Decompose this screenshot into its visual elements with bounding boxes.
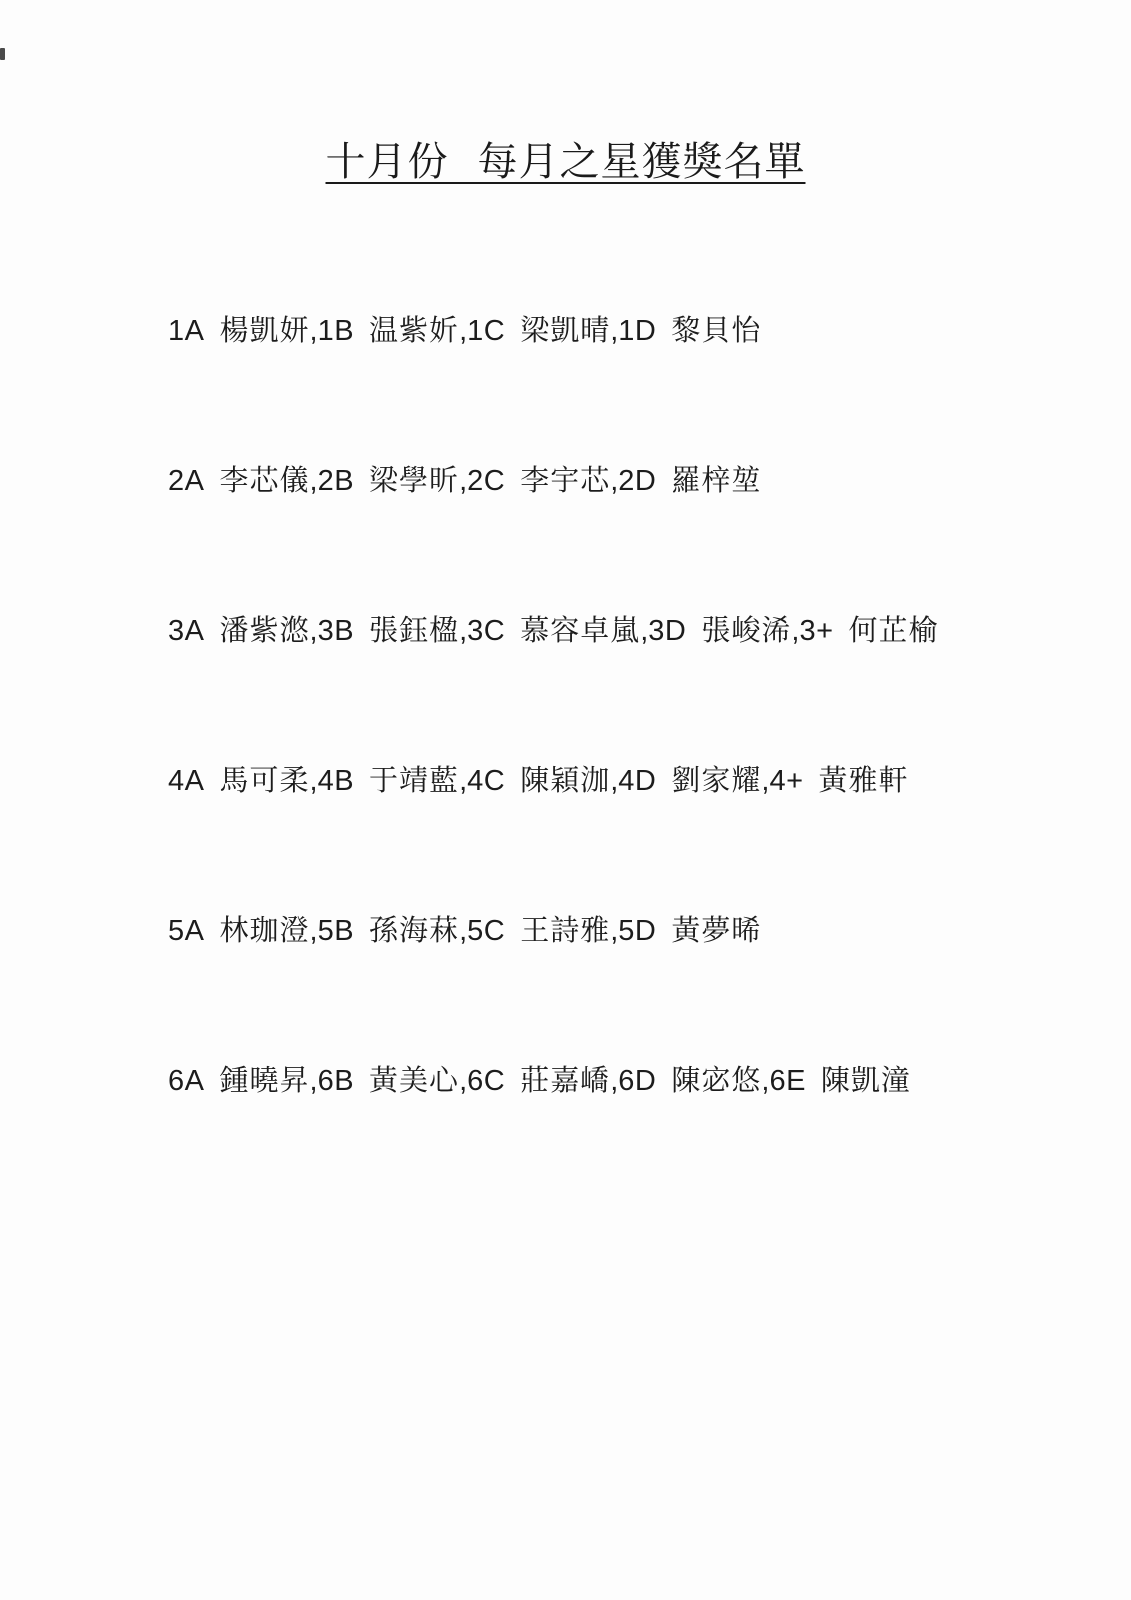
student-name: 温紫妡 [369,315,459,347]
award-row: 2A李芯儀,2B梁學昕,2C李宇芯,2D羅梓堃 [168,466,1131,496]
separator: , [310,615,318,647]
award-row: 6A鍾曉昇,6B黃美心,6C莊嘉嶠,6D陳宓悠,6E陳凱潼 [168,1066,1131,1096]
student-name: 黃雅軒 [819,765,909,797]
class-label: 1D [618,315,656,347]
student-name: 林珈澄 [219,915,309,947]
class-label: 3+ [799,615,833,647]
class-label: 5A [168,915,204,947]
student-name: 張鈺楹 [369,615,459,647]
student-name: 劉家耀 [671,765,761,797]
class-label: 3A [168,615,204,647]
class-label: 1C [467,315,505,347]
separator: , [459,615,467,647]
student-name: 王詩雅 [520,915,610,947]
class-label: 2B [318,465,354,497]
student-name: 李宇芯 [520,465,610,497]
award-row: 5A林珈澄,5B孫海菻,5C王詩雅,5D黃夢晞 [168,916,1131,946]
class-label: 1A [168,315,204,347]
separator: , [310,465,318,497]
student-name: 陳凱潼 [821,1065,911,1097]
student-name: 梁凱晴 [520,315,610,347]
student-name: 鍾曉昇 [219,1065,309,1097]
student-name: 陳宓悠 [671,1065,761,1097]
class-label: 6A [168,1065,204,1097]
class-label: 5C [467,915,505,947]
class-label: 2A [168,465,204,497]
student-name: 孫海菻 [369,915,459,947]
scan-artifact [0,48,5,60]
class-label: 3C [467,615,505,647]
separator: , [459,765,467,797]
student-name: 馬可柔 [219,765,309,797]
award-row: 1A楊凱妍,1B温紫妡,1C梁凱晴,1D黎貝怡 [168,316,1131,346]
student-name: 張峻浠 [701,615,791,647]
class-label: 3B [318,615,354,647]
student-name: 黃夢晞 [671,915,761,947]
class-label: 4B [318,765,354,797]
separator: , [310,1065,318,1097]
student-name: 慕容卓嵐 [520,615,640,647]
class-label: 4D [618,765,656,797]
class-label: 2D [618,465,656,497]
student-name: 于靖藍 [369,765,459,797]
class-label: 6C [467,1065,505,1097]
student-name: 潘紫滺 [219,615,309,647]
student-name: 羅梓堃 [671,465,761,497]
class-label: 4C [467,765,505,797]
class-label: 3D [648,615,686,647]
student-name: 梁學昕 [369,465,459,497]
document-page: 十月份 每月之星獲獎名單 1A楊凱妍,1B温紫妡,1C梁凱晴,1D黎貝怡2A李芯… [0,0,1131,1600]
separator: , [310,915,318,947]
separator: , [459,465,467,497]
award-list: 1A楊凱妍,1B温紫妡,1C梁凱晴,1D黎貝怡2A李芯儀,2B梁學昕,2C李宇芯… [168,316,1131,1096]
class-label: 6E [769,1065,805,1097]
student-name: 陳穎泇 [520,765,610,797]
student-name: 莊嘉嶠 [520,1065,610,1097]
separator: , [459,915,467,947]
class-label: 4+ [769,765,803,797]
student-name: 黃美心 [369,1065,459,1097]
page-title: 十月份 每月之星獲獎名單 [0,138,1131,186]
class-label: 2C [467,465,505,497]
class-label: 5D [618,915,656,947]
student-name: 黎貝怡 [671,315,761,347]
separator: , [459,1065,467,1097]
class-label: 5B [318,915,354,947]
separator: , [459,315,467,347]
student-name: 李芯儀 [219,465,309,497]
separator: , [310,315,318,347]
class-label: 4A [168,765,204,797]
award-row: 3A潘紫滺,3B張鈺楹,3C慕容卓嵐,3D張峻浠,3+何芷榆 [168,616,1131,646]
class-label: 6B [318,1065,354,1097]
student-name: 楊凱妍 [219,315,309,347]
class-label: 6D [618,1065,656,1097]
award-row: 4A馬可柔,4B于靖藍,4C陳穎泇,4D劉家耀,4+黃雅軒 [168,766,1131,796]
class-label: 1B [318,315,354,347]
student-name: 何芷榆 [849,615,939,647]
separator: , [310,765,318,797]
